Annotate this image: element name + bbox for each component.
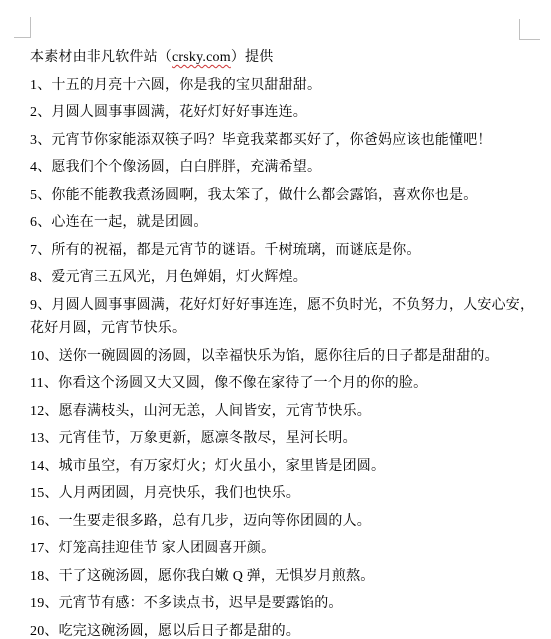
list-item-13[interactable]: 13、元宵佳节，万象更新，愿凛冬散尽，星河长明。 bbox=[30, 427, 541, 451]
list-item-3[interactable]: 3、元宵节你家能添双筷子吗？毕竟我菜都买好了，你爸妈应该也能懂吧！ bbox=[30, 129, 541, 153]
list-item-16[interactable]: 16、一生要走很多路，总有几步，迈向等你团圆的人。 bbox=[30, 510, 541, 534]
list-item-5[interactable]: 5、你能不能教我煮汤圆啊，我太笨了，做什么都会露馅，喜欢你也是。 bbox=[30, 184, 541, 208]
list-item-7[interactable]: 7、所有的祝福，都是元宵节的谜语。千树琉璃，而谜底是你。 bbox=[30, 239, 541, 263]
list-item-12[interactable]: 12、愿春满枝头，山河无恙，人间皆安，元宵节快乐。 bbox=[30, 400, 541, 424]
margin-crop-mark-right-horizontal bbox=[519, 39, 540, 40]
list-item-11[interactable]: 11、你看这个汤圆又大又圆，像不像在家待了一个月的你的脸。 bbox=[30, 372, 541, 396]
margin-crop-mark-right-vertical bbox=[519, 19, 520, 40]
provider-note-suffix: ）提供 bbox=[231, 50, 274, 65]
list-item-17[interactable]: 17、灯笼高挂迎佳节 家人团圆喜开颜。 bbox=[30, 537, 541, 561]
list-item-19[interactable]: 19、元宵节有感：不多读点书，迟早是要露馅的。 bbox=[30, 592, 541, 616]
list-item-9[interactable]: 9、月圆人圆事事圆满，花好灯好好事连连，愿不负时光，不负努力，人安心安，花好月圆… bbox=[30, 294, 541, 341]
provider-note-prefix: 本素材由非凡软件站（ bbox=[30, 50, 172, 65]
margin-crop-mark-left-vertical bbox=[30, 17, 31, 38]
list-item-18[interactable]: 18、干了这碗汤圆，愿你我白嫩 Q 弹，无惧岁月煎熬。 bbox=[30, 565, 541, 589]
list-item-10[interactable]: 10、送你一碗圆圆的汤圆，以幸福快乐为馅，愿你往后的日子都是甜甜的。 bbox=[30, 345, 541, 369]
document-page[interactable]: 本素材由非凡软件站（crsky.com）提供 1、十五的月亮十六圆，你是我的宝贝… bbox=[0, 0, 551, 639]
list-item-4[interactable]: 4、愿我们个个像汤圆，白白胖胖，充满希望。 bbox=[30, 156, 541, 180]
margin-crop-mark-left-horizontal bbox=[14, 37, 31, 38]
list-item-6[interactable]: 6、心连在一起，就是团圆。 bbox=[30, 211, 541, 235]
provider-domain-spellcheck: crsky.com bbox=[172, 50, 231, 65]
list-item-8[interactable]: 8、爱元宵三五风光，月色婵娟，灯火辉煌。 bbox=[30, 266, 541, 290]
provider-note: 本素材由非凡软件站（crsky.com）提供 bbox=[30, 46, 541, 70]
list-item-2[interactable]: 2、月圆人圆事事圆满，花好灯好好事连连。 bbox=[30, 101, 541, 125]
list-item-15[interactable]: 15、人月两团圆，月亮快乐，我们也快乐。 bbox=[30, 482, 541, 506]
list-item-20[interactable]: 20、吃完这碗汤圆，愿以后日子都是甜的。 bbox=[30, 620, 541, 639]
list-item-1[interactable]: 1、十五的月亮十六圆，你是我的宝贝甜甜甜。 bbox=[30, 74, 541, 98]
list-item-14[interactable]: 14、城市虽空，有万家灯火；灯火虽小，家里皆是团圆。 bbox=[30, 455, 541, 479]
document-content: 本素材由非凡软件站（crsky.com）提供 1、十五的月亮十六圆，你是我的宝贝… bbox=[30, 46, 541, 639]
